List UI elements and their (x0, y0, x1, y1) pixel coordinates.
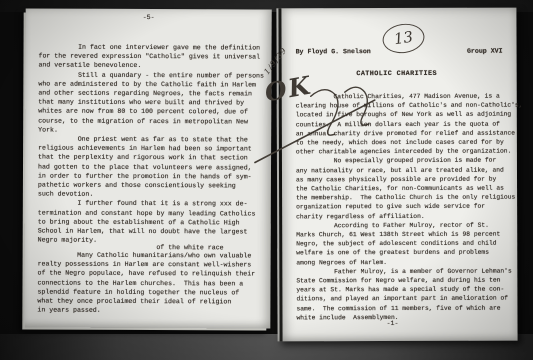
text-line: organization reputed to give such wide s… (296, 202, 513, 212)
text-line: No especially grouped provision is made … (296, 156, 513, 166)
text-line: of the Negro populace, have refused to r… (38, 269, 267, 279)
document-title: CATHOLIC CHARITIES (277, 70, 517, 79)
left-page-text: In fact one interviewer gave me the defi… (37, 43, 267, 316)
right-page-number: -1- (278, 320, 508, 328)
text-line: welfare is one of the greatest burdens a… (296, 248, 513, 258)
text-line: that the perplexity and rigorous work in… (38, 153, 267, 163)
text-line: located in five boroughs of New York as … (296, 110, 513, 120)
text-line: counties. A million dollars each year is… (296, 119, 513, 129)
byline: By Floyd G. Snelson (296, 48, 371, 55)
document-photograph: In fact one interviewer gave me the defi… (0, 0, 533, 360)
text-line: same. The commission of 11 members, five… (296, 303, 513, 313)
text-line: I further found that it is a strong xxx … (38, 199, 267, 209)
right-page-text: Catholic Charities, 477 Madison Avenue, … (296, 92, 514, 323)
text-line: and versatile benevolence. (38, 61, 267, 71)
text-line: whites are now from 80 to 100 percent co… (38, 107, 267, 117)
text-line: any nationality or race, but all are tre… (296, 165, 513, 175)
left-page-number: -5- (26, 13, 272, 21)
text-line: course, to the migration of races in met… (38, 116, 267, 126)
manuscript-page-left: In fact one interviewer gave me the defi… (24, 8, 271, 328)
manuscript-page-right: 13 By Floyd G. Snelson Group XVI 1/9/39 … (276, 8, 517, 342)
byline-row: By Floyd G. Snelson Group XVI (296, 48, 503, 56)
text-line: ditions, and played an important part in… (296, 294, 513, 304)
group-label: Group XVI (467, 48, 503, 55)
text-line: in years passed. (37, 306, 266, 316)
